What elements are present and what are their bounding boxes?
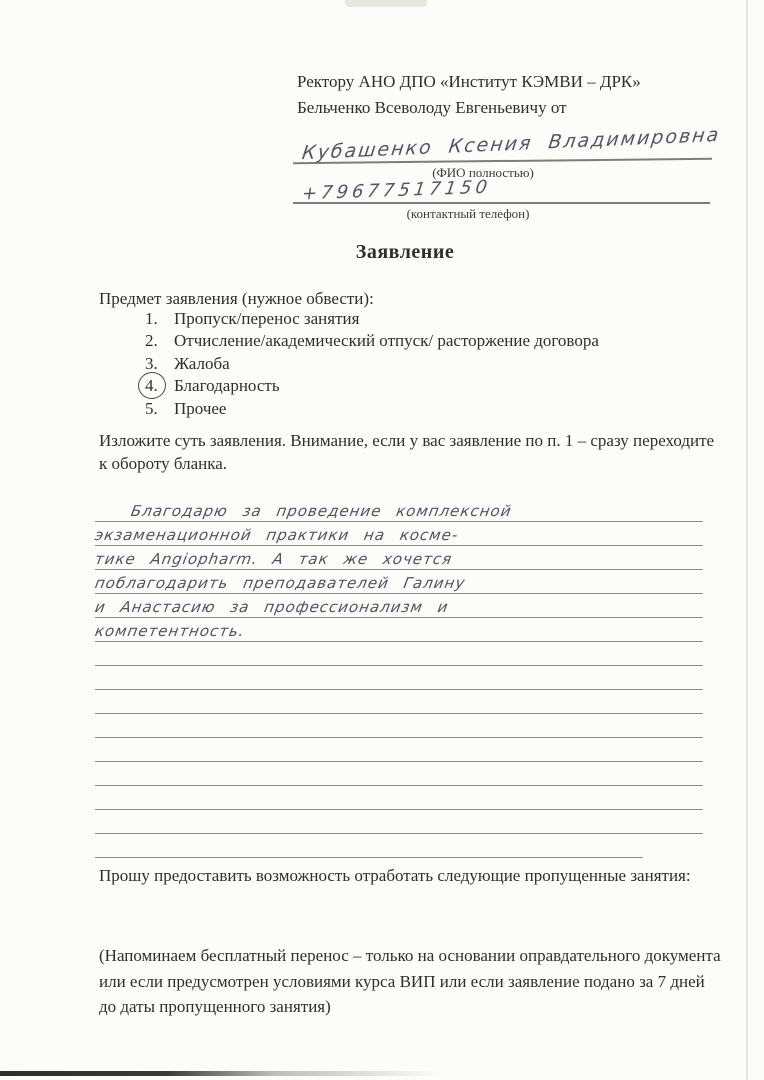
scan-artifact-bottom-edge — [0, 1071, 440, 1076]
item-number: 5. — [145, 399, 165, 419]
item-label: Прочее — [174, 399, 226, 419]
free-transfer-note: (Напоминаем бесплатный перенос – только … — [99, 943, 725, 1020]
statement-blank-line — [95, 666, 703, 690]
statement-handwritten-line: и Анастасию за профессионализм и — [95, 594, 703, 618]
addressee-line-1: Ректору АНО ДПО «Институт КЭМВИ – ДРК» — [297, 70, 737, 93]
item-number: 2. — [145, 331, 165, 351]
statement-instructions: Изложите суть заявления. Внимание, если … — [99, 429, 717, 475]
statement-blank-line — [95, 690, 703, 714]
item-label: Благодарность — [174, 376, 280, 396]
circled-item-number: 4. — [145, 376, 165, 396]
subject-prompt: Предмет заявления (нужное обвести): — [99, 287, 699, 310]
scanned-application-form: Ректору АНО ДПО «Институт КЭМВИ – ДРК» Б… — [0, 0, 764, 1080]
statement-handwritten-line: тике Angiopharm. А так же хочется — [95, 546, 703, 570]
statement-blank-line — [95, 762, 703, 786]
phone-field-line — [293, 202, 710, 204]
item-label: Пропуск/перенос занятия — [174, 309, 359, 329]
scan-artifact-right-edge — [746, 0, 748, 1080]
subject-list-item-1: 1.Пропуск/перенос занятия — [145, 309, 725, 331]
statement-handwritten-line: экзаменационной практики на косме- — [95, 522, 703, 546]
statement-handwritten-line: поблагодарить преподавателей Галину — [95, 570, 703, 594]
addressee-line-2: Бельченко Всеволоду Евгеньевичу от — [297, 96, 737, 119]
subject-list-item-5: 5.Прочее — [145, 399, 725, 421]
statement-blank-line — [95, 786, 703, 810]
item-number: 3. — [145, 354, 165, 374]
subject-list-item-2: 2.Отчисление/академический отпуск/ расто… — [145, 331, 725, 353]
subject-list: 1.Пропуск/перенос занятия2.Отчисление/ак… — [145, 309, 725, 421]
statement-blank-line — [95, 714, 703, 738]
statement-blank-line — [95, 642, 703, 666]
statement-blank-line — [95, 834, 643, 858]
scan-artifact-top — [345, 0, 427, 7]
statement-blank-line — [95, 810, 703, 834]
page-title: Заявление — [99, 241, 711, 264]
statement-blank-line — [95, 738, 703, 762]
phone-field-label: (контактный телефон) — [293, 206, 643, 222]
subject-list-item-3: 3.Жалоба — [145, 354, 725, 376]
statement-lines: Благодарю за проведение комплекснойэкзам… — [95, 498, 703, 858]
item-number: 1. — [145, 309, 165, 329]
statement-handwritten-line: Благодарю за проведение комплексной — [95, 498, 703, 522]
item-label: Отчисление/академический отпуск/ расторж… — [174, 331, 599, 351]
statement-handwritten-line: компетентность. — [95, 618, 703, 642]
subject-list-item-4: 4.Благодарность — [145, 376, 725, 398]
makeup-request-text: Прошу предоставить возможность отработат… — [99, 863, 717, 888]
item-label: Жалоба — [174, 354, 230, 374]
